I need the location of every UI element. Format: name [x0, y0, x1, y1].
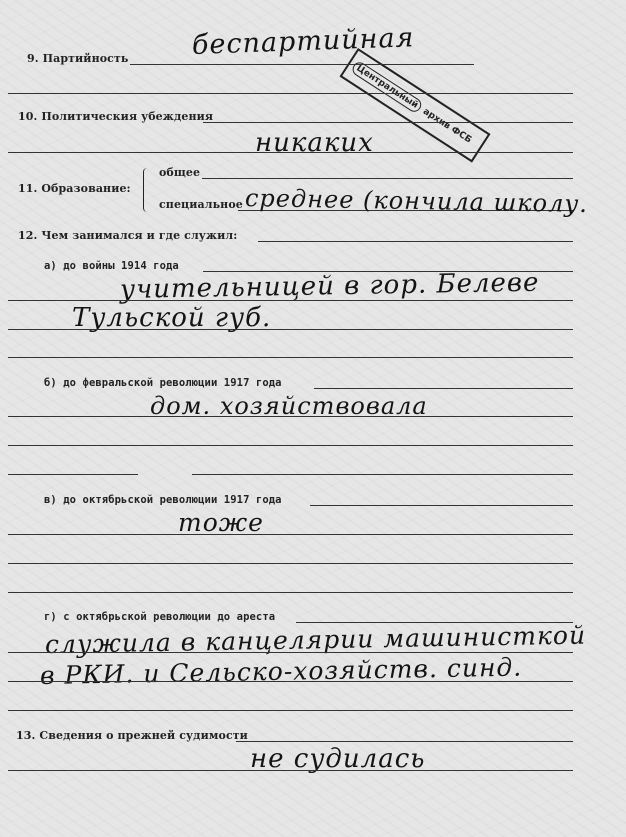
field-11-number: 11. — [18, 182, 37, 195]
field-12v-line — [310, 505, 573, 506]
stamp-outer-text: архив ФСБ — [421, 107, 473, 146]
stamp-inner-text: Центральный — [350, 60, 424, 115]
rule-line — [8, 681, 573, 682]
rule-line — [8, 329, 573, 330]
field-12-line — [258, 241, 573, 242]
field-12v-label: в) до октябрьской революции 1917 года — [44, 494, 282, 506]
field-12-number: 12. — [18, 229, 37, 242]
rule-line — [8, 710, 573, 711]
field-11-label: 11. Образование: — [18, 182, 131, 195]
rule-line — [8, 357, 573, 358]
field-11-general-label: общее — [159, 166, 200, 179]
field-11-special-handwriting: среднее (кончила школу. — [245, 184, 588, 218]
document-page: Центральный архив ФСБ 9. Партийность бес… — [0, 0, 626, 837]
field-10-number: 10. — [18, 110, 37, 123]
field-12b-line — [314, 388, 573, 389]
field-11-special-label: специальное — [159, 198, 243, 211]
field-12g-handwriting-2: в РКИ. и Сельско-хозяйств. синд. — [40, 653, 523, 690]
field-9-text: Партийность — [43, 52, 129, 65]
field-10-label: 10. Политическия убеждения — [18, 110, 213, 123]
rule-line — [8, 152, 573, 153]
field-12g-label: г) с октябрьской революции до ареста — [44, 611, 275, 623]
field-9-number: 9. — [27, 52, 39, 65]
field-12a-label: а) до войны 1914 года — [44, 260, 179, 272]
rule-line — [8, 445, 573, 446]
rule-line — [8, 93, 573, 94]
field-11-general-line — [202, 178, 573, 179]
field-10-handwriting: никаких — [255, 128, 374, 158]
field-9-label: 9. Партийность — [27, 52, 128, 65]
rule-line — [8, 770, 573, 771]
field-12v-handwriting: тоже — [178, 508, 264, 537]
rule-line — [8, 416, 573, 417]
rule-line — [8, 592, 573, 593]
rule-line — [8, 300, 573, 301]
brace — [143, 168, 150, 212]
field-9-handwriting: беспартийная — [191, 22, 414, 61]
field-13-label: 13. Сведения о прежней судимости — [16, 729, 248, 742]
rule-line — [192, 474, 573, 475]
rule-line — [8, 474, 138, 475]
field-10-line — [203, 122, 573, 123]
field-12-text: Чем занимался и где служил: — [41, 229, 237, 242]
field-13-text: Сведения о прежней судимости — [39, 729, 248, 742]
rule-line — [8, 563, 573, 564]
field-13-line — [236, 741, 573, 742]
field-11-text: Образование: — [41, 182, 130, 195]
field-12-label: 12. Чем занимался и где служил: — [18, 229, 237, 242]
field-12b-label: б) до февральской революции 1917 года — [44, 377, 282, 389]
field-13-number: 13. — [16, 729, 35, 742]
rule-line — [8, 534, 573, 535]
field-9-line — [130, 64, 474, 65]
field-10-text: Политическия убеждения — [41, 110, 213, 123]
